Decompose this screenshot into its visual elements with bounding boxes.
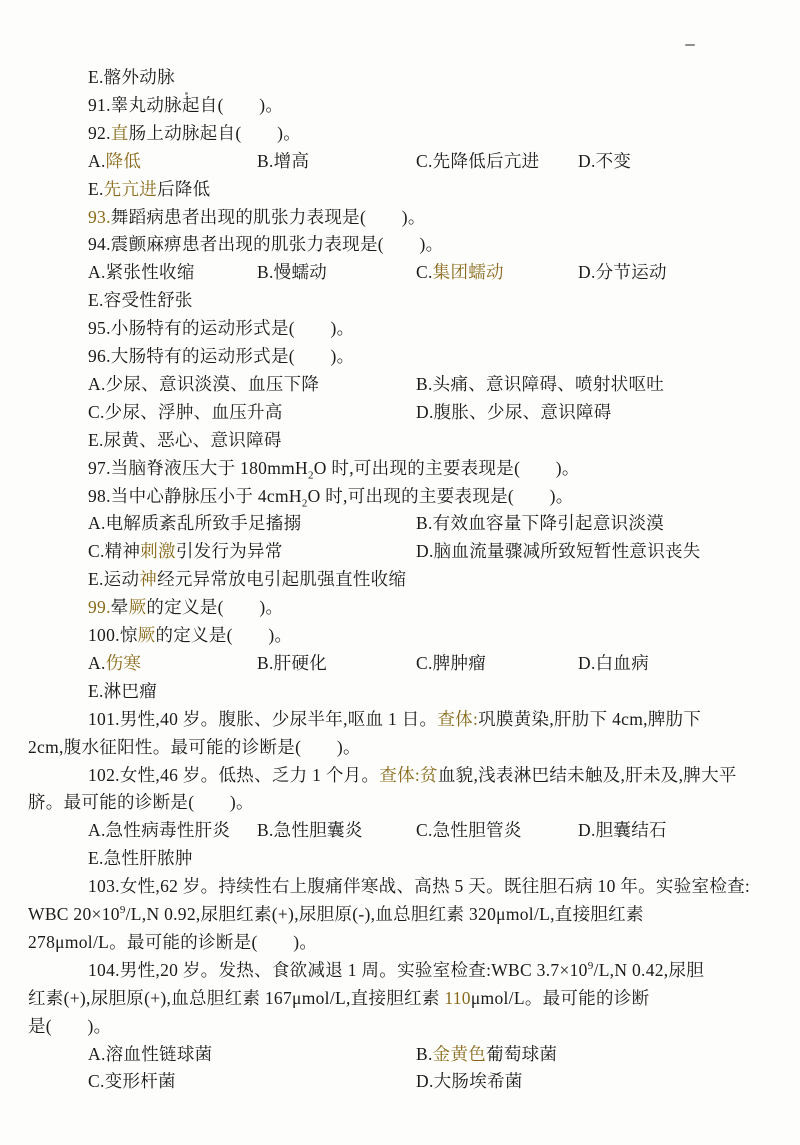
continuation-line: WBC 20×109/L,N 0.92,尿胆红素(+),尿胆原(-),血总胆红素… <box>28 900 644 928</box>
text-segment: B.肝硬化 <box>257 653 327 673</box>
option-cell: B.急性胆囊炎 <box>257 816 363 844</box>
continuation-line: 脐。最可能的诊断是( )。 <box>28 788 254 816</box>
highlighted-text: 刺激 <box>140 541 176 561</box>
question-line: 97.当脑脊液压大于 180mmH2O 时,可出现的主要表现是( )。 <box>88 454 580 482</box>
option-cell: B.肝硬化 <box>257 649 327 677</box>
option-cell: A.伤寒 <box>88 649 141 677</box>
highlighted-text: 厥 <box>138 625 156 645</box>
text-segment: C.先降低后亢进 <box>416 151 539 171</box>
option-cell: A.电解质紊乱所致手足搐搦 <box>88 509 301 537</box>
text-segment: 2cm,腹水征阳性。最可能的诊断是( )。 <box>28 737 361 757</box>
option-cell: A.少尿、意识淡漠、血压下降 <box>88 370 319 398</box>
option-line: E.尿黄、恶心、意识障碍 <box>88 426 282 454</box>
text-segment: 后降低 <box>157 179 210 199</box>
text-segment: E.淋巴瘤 <box>88 681 157 701</box>
option-line: E.运动神经元异常放电引起肌强直性收缩 <box>88 565 406 593</box>
text-segment: 278μmol/L。最可能的诊断是( )。 <box>28 932 317 952</box>
text-segment: D.白血病 <box>578 653 649 673</box>
highlighted-text: 集团蠕动 <box>433 262 504 282</box>
option-cell: D.腹胀、少尿、意识障碍 <box>416 398 612 426</box>
text-segment: E.运动 <box>88 569 139 589</box>
question-line: 95.小肠特有的运动形式是( )。 <box>88 314 354 342</box>
highlighted-text: 查体: <box>437 709 478 729</box>
highlighted-text: 金黄色 <box>433 1044 486 1064</box>
highlighted-text: 伤寒 <box>106 653 142 673</box>
text-segment: B.增高 <box>257 151 309 171</box>
text-segment: C.精神 <box>88 541 140 561</box>
text-segment: E.髂外动脉 <box>88 67 175 87</box>
text-segment: 102.女性,46 岁。低热、乏力 1 个月。 <box>88 765 379 785</box>
option-cell: D.不变 <box>578 147 631 175</box>
text-segment: 晕 <box>111 597 129 617</box>
text-segment: 的定义是( )。 <box>155 625 292 645</box>
text-segment: B.急性胆囊炎 <box>257 820 363 840</box>
option-line: E.髂外动脉 <box>88 63 175 91</box>
option-cell: D.白血病 <box>578 649 649 677</box>
option-cell: C.变形杆菌 <box>88 1067 176 1095</box>
text-segment: C.少尿、浮肿、血压升高 <box>88 402 283 422</box>
question-line: 104.男性,20 岁。发热、食欲减退 1 周。实验室检查:WBC 3.7×10… <box>88 956 704 984</box>
text-segment: 肠上动脉起自( )。 <box>129 123 301 143</box>
option-cell: B.有效血容量下降引起意识淡漠 <box>416 509 664 537</box>
highlighted-text: 神 <box>139 569 157 589</box>
text-segment: 100.惊 <box>88 625 138 645</box>
option-line: E.先亢进后降低 <box>88 175 210 203</box>
text-segment: 91.睾丸动脉起自( )。 <box>88 95 283 115</box>
text-segment: E. <box>88 179 104 199</box>
text-segment: /L,N 0.42,尿胆 <box>594 960 705 980</box>
option-cell: A.降低 <box>88 147 141 175</box>
text-segment: 的定义是( )。 <box>146 597 283 617</box>
text-segment: B. <box>416 1044 433 1064</box>
option-cell: D.胆囊结石 <box>578 816 667 844</box>
text-segment: B.头痛、意识障碍、喷射状呕吐 <box>416 374 664 394</box>
text-segment: 92. <box>88 123 111 143</box>
text-segment: 脐。最可能的诊断是( )。 <box>28 792 254 812</box>
scan-speck-dot <box>185 92 188 95</box>
text-segment: E.急性肝脓肿 <box>88 848 193 868</box>
option-cell: C.集团蠕动 <box>416 258 504 286</box>
option-cell: C.精神刺激引发行为异常 <box>88 537 283 565</box>
question-line: 91.睾丸动脉起自( )。 <box>88 91 283 119</box>
option-line: E.急性肝脓肿 <box>88 844 193 872</box>
option-cell: C.急性胆管炎 <box>416 816 522 844</box>
text-segment: C.变形杆菌 <box>88 1071 176 1091</box>
question-line: 92.直肠上动脉起自( )。 <box>88 119 301 147</box>
text-segment: D.不变 <box>578 151 631 171</box>
option-cell: B.增高 <box>257 147 309 175</box>
option-cell: A.急性病毒性肝炎 <box>88 816 230 844</box>
text-segment: 96.大肠特有的运动形式是( )。 <box>88 346 354 366</box>
highlighted-text: 93. <box>88 207 111 227</box>
text-segment: 101.男性,40 岁。腹胀、少尿半年,呕血 1 日。 <box>88 709 437 729</box>
text-segment: 97.当脑脊液压大于 180mmH <box>88 458 308 478</box>
text-segment: /L,N 0.92,尿胆红素(+),尿胆原(-),血总胆红素 320μmol/L… <box>126 904 644 924</box>
continuation-line: 是( )。 <box>28 1012 111 1040</box>
text-segment: 红素(+),尿胆原(+),血总胆红素 167μmol/L,直接胆红素 <box>28 988 444 1008</box>
highlighted-text: 99. <box>88 597 111 617</box>
text-segment: 引发行为异常 <box>176 541 283 561</box>
highlighted-text: 110 <box>444 988 471 1008</box>
highlighted-text: 直 <box>111 123 129 143</box>
text-segment: D.分节运动 <box>578 262 667 282</box>
text-segment: μmol/L。最可能的诊断 <box>471 988 650 1008</box>
option-cell: C.先降低后亢进 <box>416 147 539 175</box>
text-segment: WBC 20×10 <box>28 904 120 924</box>
text-segment: B.慢蠕动 <box>257 262 327 282</box>
continuation-line: 278μmol/L。最可能的诊断是( )。 <box>28 928 317 956</box>
text-segment: C.急性胆管炎 <box>416 820 522 840</box>
option-line: E.淋巴瘤 <box>88 677 157 705</box>
text-segment: 血貌,浅表淋巴结未触及,肝未及,脾大平 <box>438 765 737 785</box>
text-segment: B.有效血容量下降引起意识淡漠 <box>416 513 664 533</box>
option-cell: C.脾肿瘤 <box>416 649 486 677</box>
text-segment: 舞蹈病患者出现的肌张力表现是( )。 <box>111 207 426 227</box>
text-segment: E.容受性舒张 <box>88 290 193 310</box>
question-line: 98.当中心静脉压小于 4cmH2O 时,可出现的主要表现是( )。 <box>88 482 574 510</box>
text-segment: D.大肠埃希菌 <box>416 1071 523 1091</box>
text-segment: 94.震颤麻痹患者出现的肌张力表现是( )。 <box>88 234 443 254</box>
option-cell: A.紧张性收缩 <box>88 258 195 286</box>
text-segment: A. <box>88 151 106 171</box>
option-cell: D.大肠埃希菌 <box>416 1067 523 1095</box>
option-cell: B.慢蠕动 <box>257 258 327 286</box>
option-cell: A.溶血性链球菌 <box>88 1040 212 1068</box>
text-segment: 95.小肠特有的运动形式是( )。 <box>88 318 354 338</box>
text-segment: A.电解质紊乱所致手足搐搦 <box>88 513 301 533</box>
text-segment: A.少尿、意识淡漠、血压下降 <box>88 374 319 394</box>
question-line: 100.惊厥的定义是( )。 <box>88 621 292 649</box>
continuation-line: 2cm,腹水征阳性。最可能的诊断是( )。 <box>28 733 361 761</box>
question-line: 103.女性,62 岁。持续性右上腹痛伴寒战、高热 5 天。既往胆石病 10 年… <box>88 872 750 900</box>
option-cell: B.金黄色葡萄球菌 <box>416 1040 557 1068</box>
option-cell: C.少尿、浮肿、血压升高 <box>88 398 283 426</box>
scanned-exam-page: E.髂外动脉91.睾丸动脉起自( )。92.直肠上动脉起自( )。A.降低B.增… <box>0 0 800 1145</box>
continuation-line: 红素(+),尿胆原(+),血总胆红素 167μmol/L,直接胆红素 110μm… <box>28 984 649 1012</box>
question-line: 93.舞蹈病患者出现的肌张力表现是( )。 <box>88 203 426 231</box>
text-segment: 103.女性,62 岁。持续性右上腹痛伴寒战、高热 5 天。既往胆石病 10 年… <box>88 876 750 896</box>
text-segment: A.紧张性收缩 <box>88 262 195 282</box>
question-line: 101.男性,40 岁。腹胀、少尿半年,呕血 1 日。查体:巩膜黄染,肝肋下 4… <box>88 705 701 733</box>
highlighted-text: 先亢进 <box>104 179 157 199</box>
text-segment: A.溶血性链球菌 <box>88 1044 212 1064</box>
option-line: E.容受性舒张 <box>88 286 193 314</box>
text-segment: O 时,可出现的主要表现是( )。 <box>314 458 580 478</box>
text-segment: D.胆囊结石 <box>578 820 667 840</box>
text-segment: 经元异常放电引起肌强直性收缩 <box>157 569 406 589</box>
question-line: 96.大肠特有的运动形式是( )。 <box>88 342 354 370</box>
scan-speck-dash <box>685 44 695 46</box>
text-segment: E.尿黄、恶心、意识障碍 <box>88 430 282 450</box>
text-segment: C.脾肿瘤 <box>416 653 486 673</box>
question-line: 102.女性,46 岁。低热、乏力 1 个月。查体:贫血貌,浅表淋巴结未触及,肝… <box>88 761 737 789</box>
text-segment: D.腹胀、少尿、意识障碍 <box>416 402 612 422</box>
text-segment: C. <box>416 262 433 282</box>
option-cell: D.脑血流量骤减所致短暂性意识丧失 <box>416 537 701 565</box>
text-segment: 巩膜黄染,肝肋下 4cm,脾肋下 <box>478 709 701 729</box>
text-segment: 98.当中心静脉压小于 4cmH <box>88 486 302 506</box>
highlighted-text: 降低 <box>106 151 142 171</box>
text-segment: D.脑血流量骤减所致短暂性意识丧失 <box>416 541 701 561</box>
option-cell: D.分节运动 <box>578 258 667 286</box>
text-segment: 104.男性,20 岁。发热、食欲减退 1 周。实验室检查:WBC 3.7×10 <box>88 960 588 980</box>
highlighted-text: 查体:贫 <box>379 765 438 785</box>
option-cell: B.头痛、意识障碍、喷射状呕吐 <box>416 370 664 398</box>
text-segment: O 时,可出现的主要表现是( )。 <box>308 486 574 506</box>
question-line: 94.震颤麻痹患者出现的肌张力表现是( )。 <box>88 230 443 258</box>
question-line: 99.晕厥的定义是( )。 <box>88 593 283 621</box>
text-segment: A.急性病毒性肝炎 <box>88 820 230 840</box>
text-segment: 葡萄球菌 <box>486 1044 557 1064</box>
highlighted-text: 厥 <box>129 597 147 617</box>
text-segment: 是( )。 <box>28 1016 111 1036</box>
text-segment: A. <box>88 653 106 673</box>
